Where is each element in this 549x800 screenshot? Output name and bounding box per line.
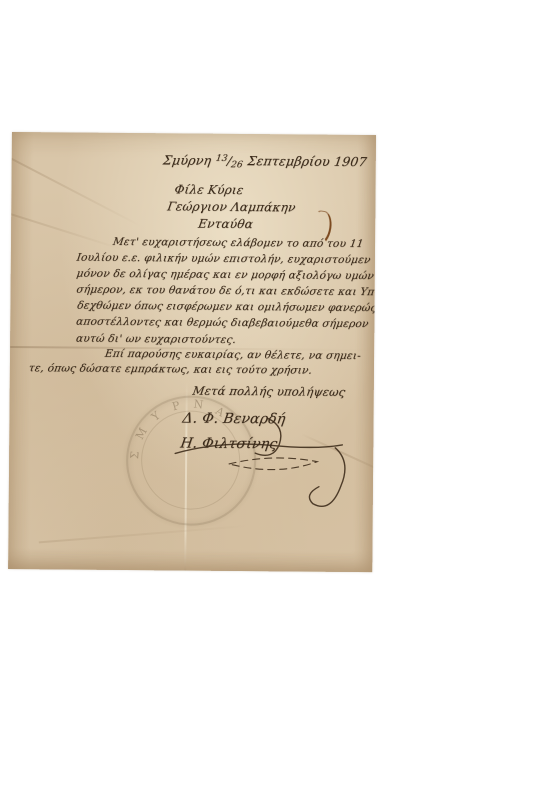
- body-line: τε, όπως δώσατε εμπράκτως, και εις τούτο…: [28, 362, 313, 377]
- salutation-greeting: Φίλε Κύριε: [173, 183, 244, 197]
- signature-flourish: [139, 401, 375, 518]
- body-line: Επί παρούσης ευκαιρίας, αν θέλετε, να ση…: [104, 348, 362, 362]
- date-month-year: Σεπτεμβρίου 1907: [247, 153, 368, 169]
- body-line: δεχθώμεν όπως εισφέρωμεν και ομιλήσωμεν …: [76, 300, 376, 315]
- body-line: αυτώ δι' ων ευχαριστούντες.: [75, 333, 237, 346]
- body-line: σήμερον, εκ του θανάτου δε ό,τι και εκδώ…: [76, 284, 376, 299]
- salutation-addressee: Γεώργιον Λαμπάκην: [166, 200, 296, 215]
- scan-background: { "document": { "kind": "handwritten let…: [0, 0, 549, 800]
- letter-paper: Σ Μ Υ Ρ Ν Α Σμύρνη 13/26 Σεπτεμβρίου 190…: [8, 132, 376, 572]
- body-line: μόνον δε ολίγας ημέρας και εν μορφή αξιο…: [76, 268, 375, 283]
- crease-line: [39, 525, 249, 543]
- body-line: αποστέλλοντες και θερμώς διαβεβαιούμεθα …: [75, 316, 369, 331]
- body-line: Μετ' ευχαριστήσεως ελάβομεν το από του 1…: [112, 236, 364, 250]
- body-line: Ιουλίου ε.ε. φιλικήν υμών επιστολήν, ευχ…: [76, 252, 372, 267]
- closing-salute: Μετά πολλής υπολήψεως: [192, 385, 347, 400]
- crease-line: [8, 156, 141, 227]
- date-line: Σμύρνη 13/26 Σεπτεμβρίου 1907: [162, 153, 368, 171]
- salutation-place: Ενταύθα: [197, 218, 254, 232]
- crease-line: [8, 212, 125, 251]
- date-place: Σμύρνη: [162, 152, 212, 167]
